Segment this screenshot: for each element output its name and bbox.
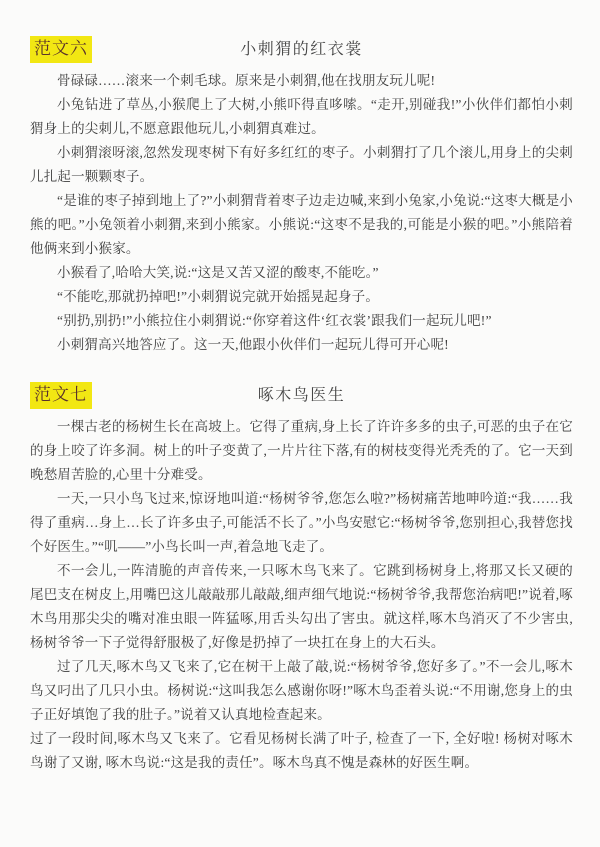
section-essay-6: 范文六 小刺猬的红衣裳 骨碌碌……滚来一个刺毛球。原来是小刺猬,他在找朋友玩儿呢… (30, 38, 573, 357)
essay-7-label-highlight: 范文七 (30, 382, 92, 409)
essay-6-label-highlight: 范文六 (30, 36, 92, 63)
essay-paragraph: 小兔钻进了草丛,小猴爬上了大树,小熊吓得直哆嗦。“走开,别碰我!”小伙伴们都怕小… (30, 93, 573, 141)
page-content: 范文六 小刺猬的红衣裳 骨碌碌……滚来一个刺毛球。原来是小刺猬,他在找朋友玩儿呢… (0, 0, 600, 775)
essay-paragraph: 小刺猬高兴地答应了。这一天,他跟小伙伴们一起玩儿得可开心呢! (30, 333, 573, 357)
essay-paragraph: 过了一段时间,啄木鸟又飞来了。它看见杨树长满了叶子, 检查了一下, 全好啦! 杨… (30, 727, 573, 775)
essay-paragraph: “不能吃,那就扔掉吧!”小刺猬说完就开始摇晃起身子。 (30, 285, 573, 309)
essay-7-title: 啄木鸟医生 (30, 384, 573, 408)
essay-paragraph: “别扔,别扔!”小熊拉住小刺猬说:“你穿着这件‘红衣裳’跟我们一起玩儿吧!” (30, 309, 573, 333)
essay-paragraph: 一天,一只小鸟飞过来,惊讶地叫道:“杨树爷爷,您怎么啦?”杨树痛苦地呻吟道:“我… (30, 487, 573, 559)
essay-paragraph: 小刺猬滚呀滚,忽然发现枣树下有好多红红的枣子。小刺猬打了几个滚儿,用身上的尖刺儿… (30, 141, 573, 189)
document-page: 范文六 小刺猬的红衣裳 骨碌碌……滚来一个刺毛球。原来是小刺猬,他在找朋友玩儿呢… (0, 0, 600, 847)
essay-paragraph: 一棵古老的杨树生长在高坡上。它得了重病,身上长了许许多多的虫子,可恶的虫子在它的… (30, 415, 573, 487)
essay-7-header: 范文七 啄木鸟医生 (30, 384, 573, 410)
essay-paragraph: 骨碌碌……滚来一个刺毛球。原来是小刺猬,他在找朋友玩儿呢! (30, 69, 573, 93)
essay-paragraph: 小猴看了,哈哈大笑,说:“这是又苦又涩的酸枣,不能吃。” (30, 261, 573, 285)
essay-6-body: 骨碌碌……滚来一个刺毛球。原来是小刺猬,他在找朋友玩儿呢! 小兔钻进了草丛,小猴… (30, 69, 573, 357)
essay-6-title: 小刺猬的红衣裳 (30, 38, 573, 62)
essay-paragraph: “是谁的枣子掉到地上了?”小刺猬背着枣子边走边喊,来到小兔家,小兔说:“这枣大概… (30, 189, 573, 261)
essay-6-header: 范文六 小刺猬的红衣裳 (30, 38, 573, 64)
essay-7-body: 一棵古老的杨树生长在高坡上。它得了重病,身上长了许许多多的虫子,可恶的虫子在它的… (30, 415, 573, 775)
section-essay-7: 范文七 啄木鸟医生 一棵古老的杨树生长在高坡上。它得了重病,身上长了许许多多的虫… (30, 384, 573, 775)
essay-paragraph: 不一会儿,一阵清脆的声音传来,一只啄木鸟飞来了。它跳到杨树身上,将那又长又硬的尾… (30, 559, 573, 655)
essay-paragraph: 过了几天,啄木鸟又飞来了,它在树干上敲了敲,说:“杨树爷爷,您好多了。”不一会儿… (30, 655, 573, 727)
